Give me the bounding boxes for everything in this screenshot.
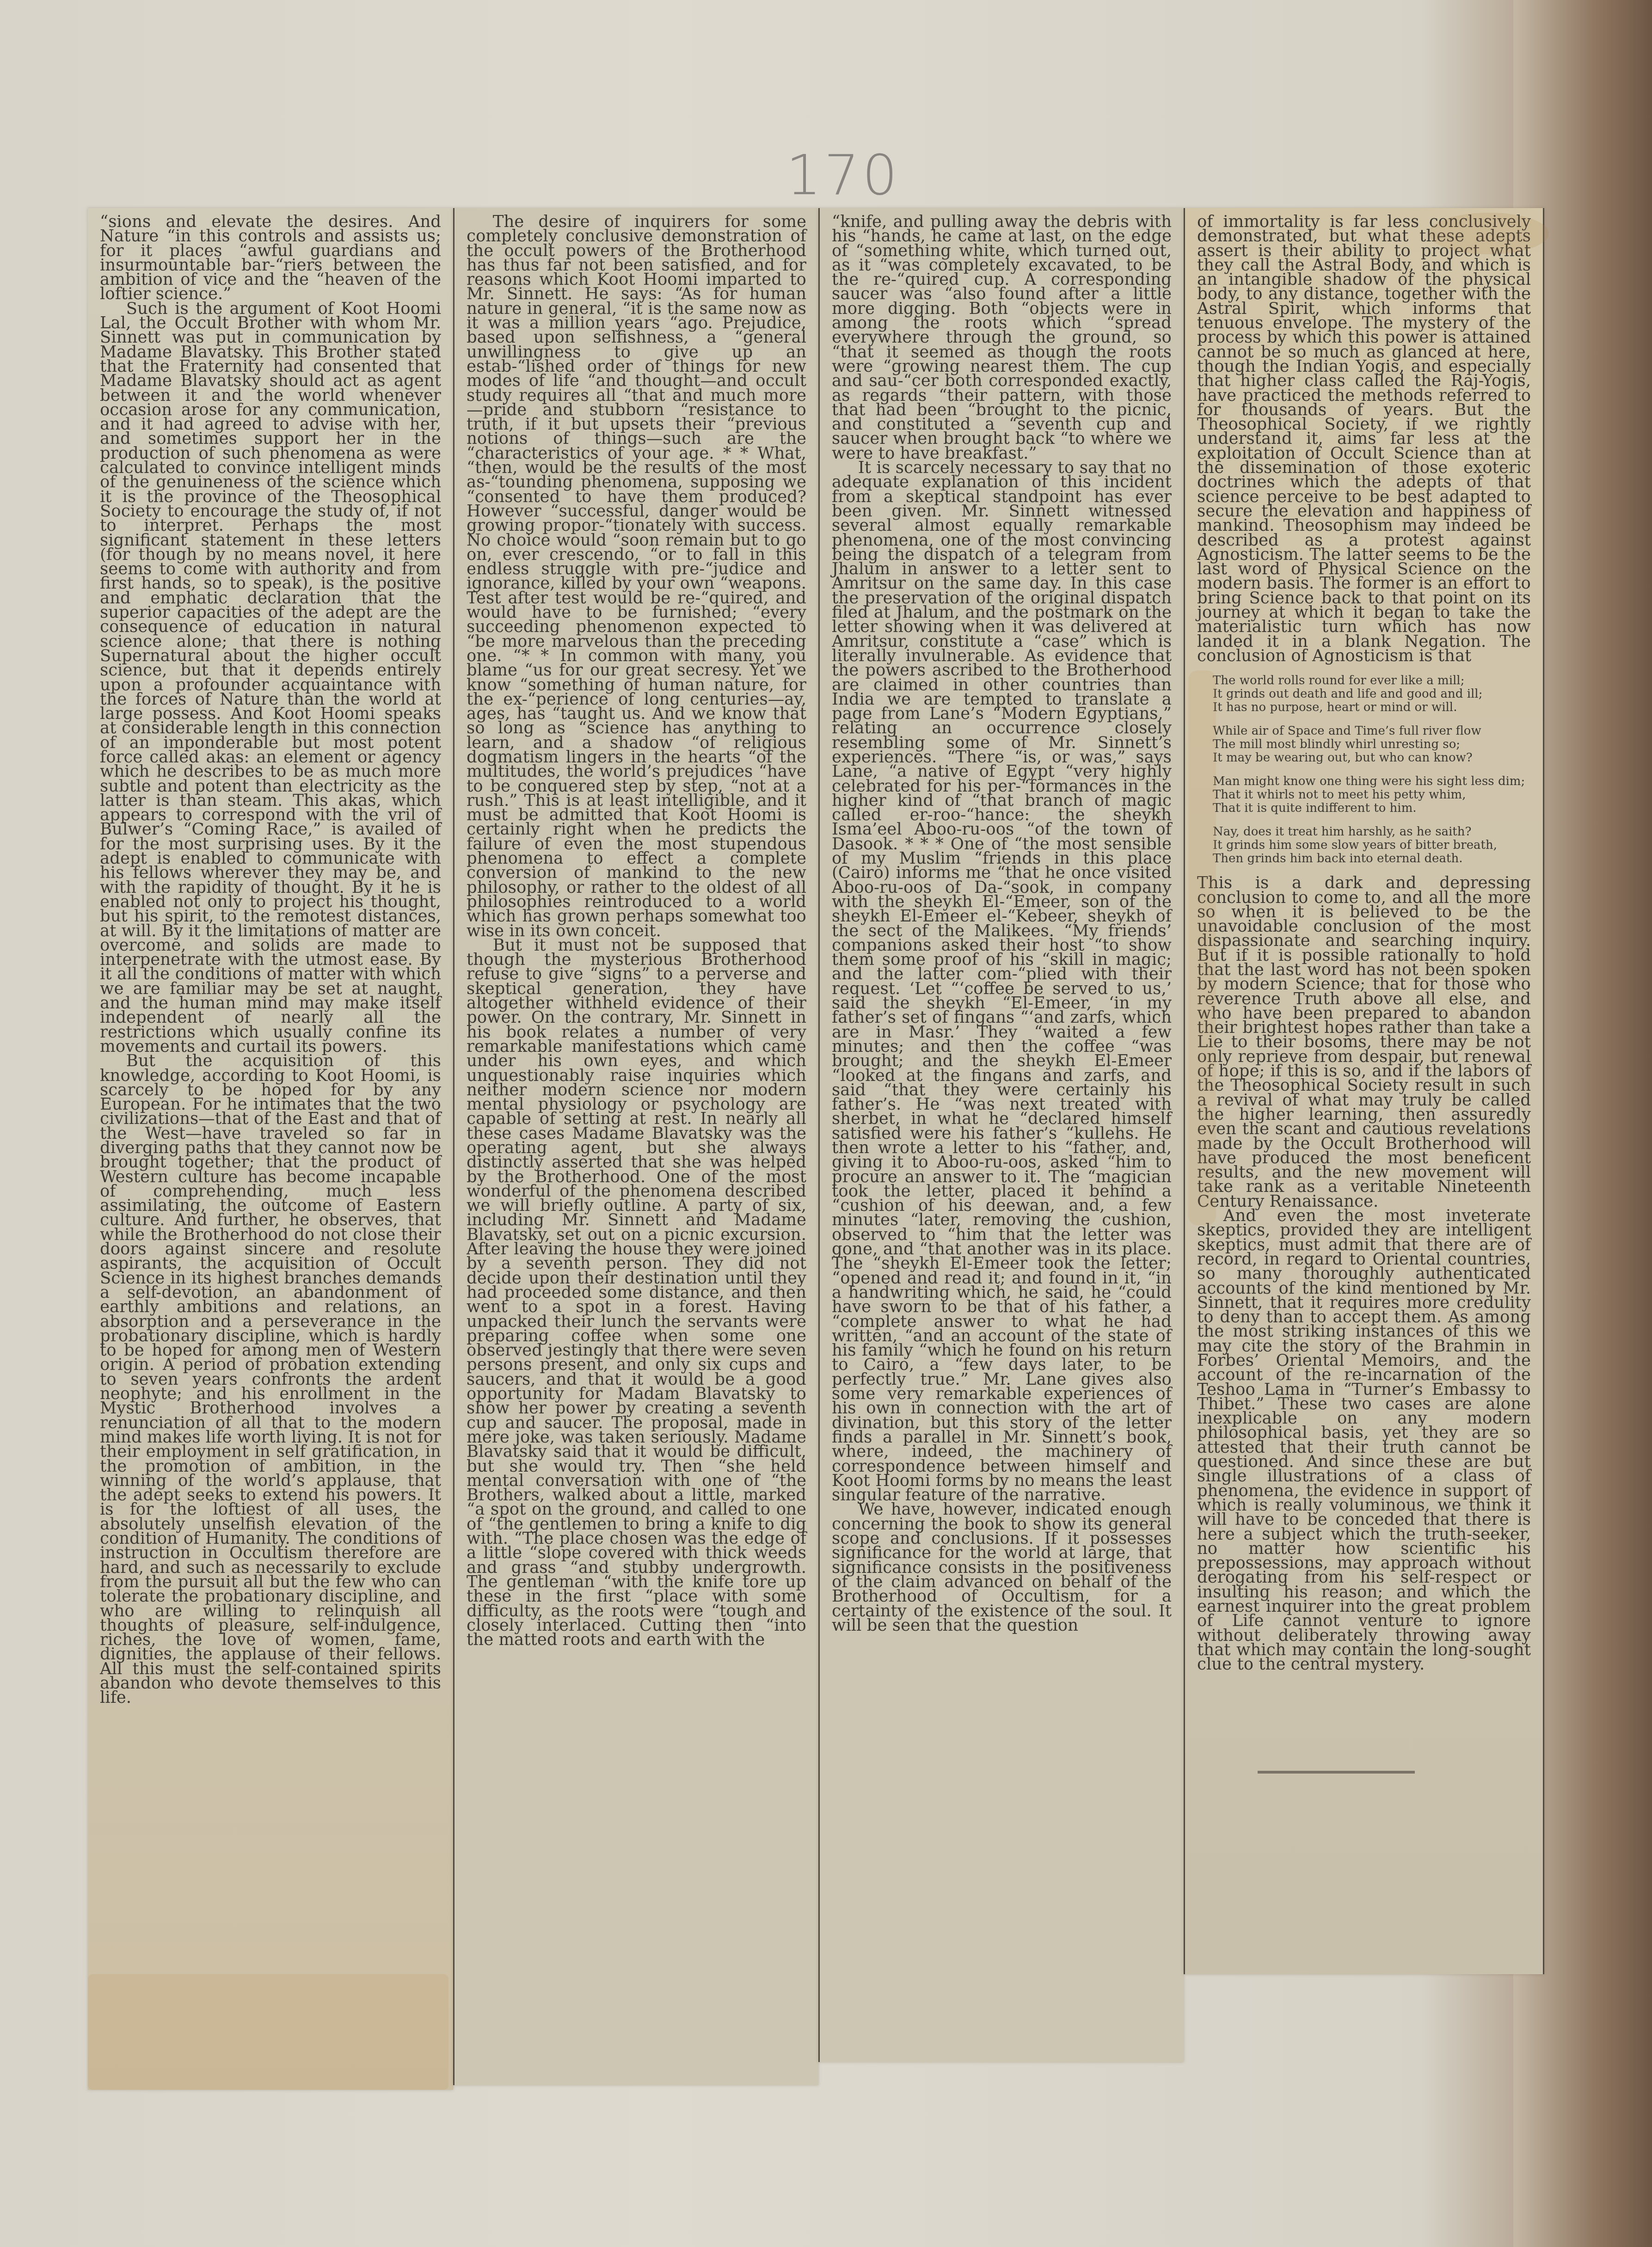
poem-line: The world rolls round for ever like a mi… <box>1213 674 1531 688</box>
poem-stanza-4: Nay, does it treat him harshly, as he sa… <box>1213 825 1531 866</box>
article-column-4: of immortality is far less conclusively … <box>1184 208 1544 1974</box>
poem-line: Man might know one thing were his sight … <box>1213 775 1531 788</box>
article-column-3: “knife, and pulling away the debris with… <box>818 208 1184 2062</box>
end-of-article-rule <box>1258 1771 1415 1774</box>
poem-stanza-2: While air of Space and Time’s full river… <box>1213 724 1531 765</box>
poem-line: That it whirls not to meet his petty whi… <box>1213 788 1531 802</box>
column-1-paragraph-1: “sions and elevate the desires. And Natu… <box>100 215 441 301</box>
poem-line: It grinds out death and life and good an… <box>1213 688 1531 701</box>
poem-line: Then grinds him back into eternal death. <box>1213 852 1531 866</box>
column-4-paragraph-1: of immortality is far less conclusively … <box>1197 215 1531 663</box>
article-column-2: The desire of inquirers for some complet… <box>453 208 818 2085</box>
column-2-paragraph-2: But it must not be supposed that though … <box>467 938 806 1647</box>
column-4-paragraph-3: And even the most inveterate skeptics, p… <box>1197 1209 1531 1672</box>
column-3-paragraph-3: We have, however, indicated enough conce… <box>832 1502 1172 1633</box>
poem-line: While air of Space and Time’s full river… <box>1213 724 1531 738</box>
poem-stanza-1: The world rolls round for ever like a mi… <box>1213 674 1531 714</box>
poem-stanza-3: Man might know one thing were his sight … <box>1213 775 1531 815</box>
column-1-paragraph-2: Such is the argument of Koot Hoomi Lal, … <box>100 301 441 1054</box>
newspaper-clipping: “sions and elevate the desires. And Natu… <box>88 208 1544 2090</box>
poem-line: That it is quite indifferent to him. <box>1213 802 1531 815</box>
poem-line: It has no purpose, heart or mind or will… <box>1213 701 1531 714</box>
poem-line: The mill most blindly whirl unresting so… <box>1213 738 1531 751</box>
poem-line: It may be wearing out, but who can know? <box>1213 751 1531 765</box>
handwritten-page-number: 170 <box>786 143 900 208</box>
column-1-paragraph-3: But the acquisition of this knowledge, a… <box>100 1054 441 1705</box>
poem-line: Nay, does it treat him harshly, as he sa… <box>1213 825 1531 839</box>
article-column-1: “sions and elevate the desires. And Natu… <box>88 208 453 2090</box>
column-3-paragraph-2: It is scarcely necessary to say that no … <box>832 460 1172 1502</box>
quoted-poem: The world rolls round for ever like a mi… <box>1213 674 1531 866</box>
column-4-paragraph-2: This is a dark and depressing conclusion… <box>1197 876 1531 1209</box>
poem-line: It grinds him some slow years of bitter … <box>1213 839 1531 852</box>
column-3-paragraph-1: “knife, and pulling away the debris with… <box>832 215 1172 460</box>
column-2-paragraph-1: The desire of inquirers for some complet… <box>467 215 806 938</box>
